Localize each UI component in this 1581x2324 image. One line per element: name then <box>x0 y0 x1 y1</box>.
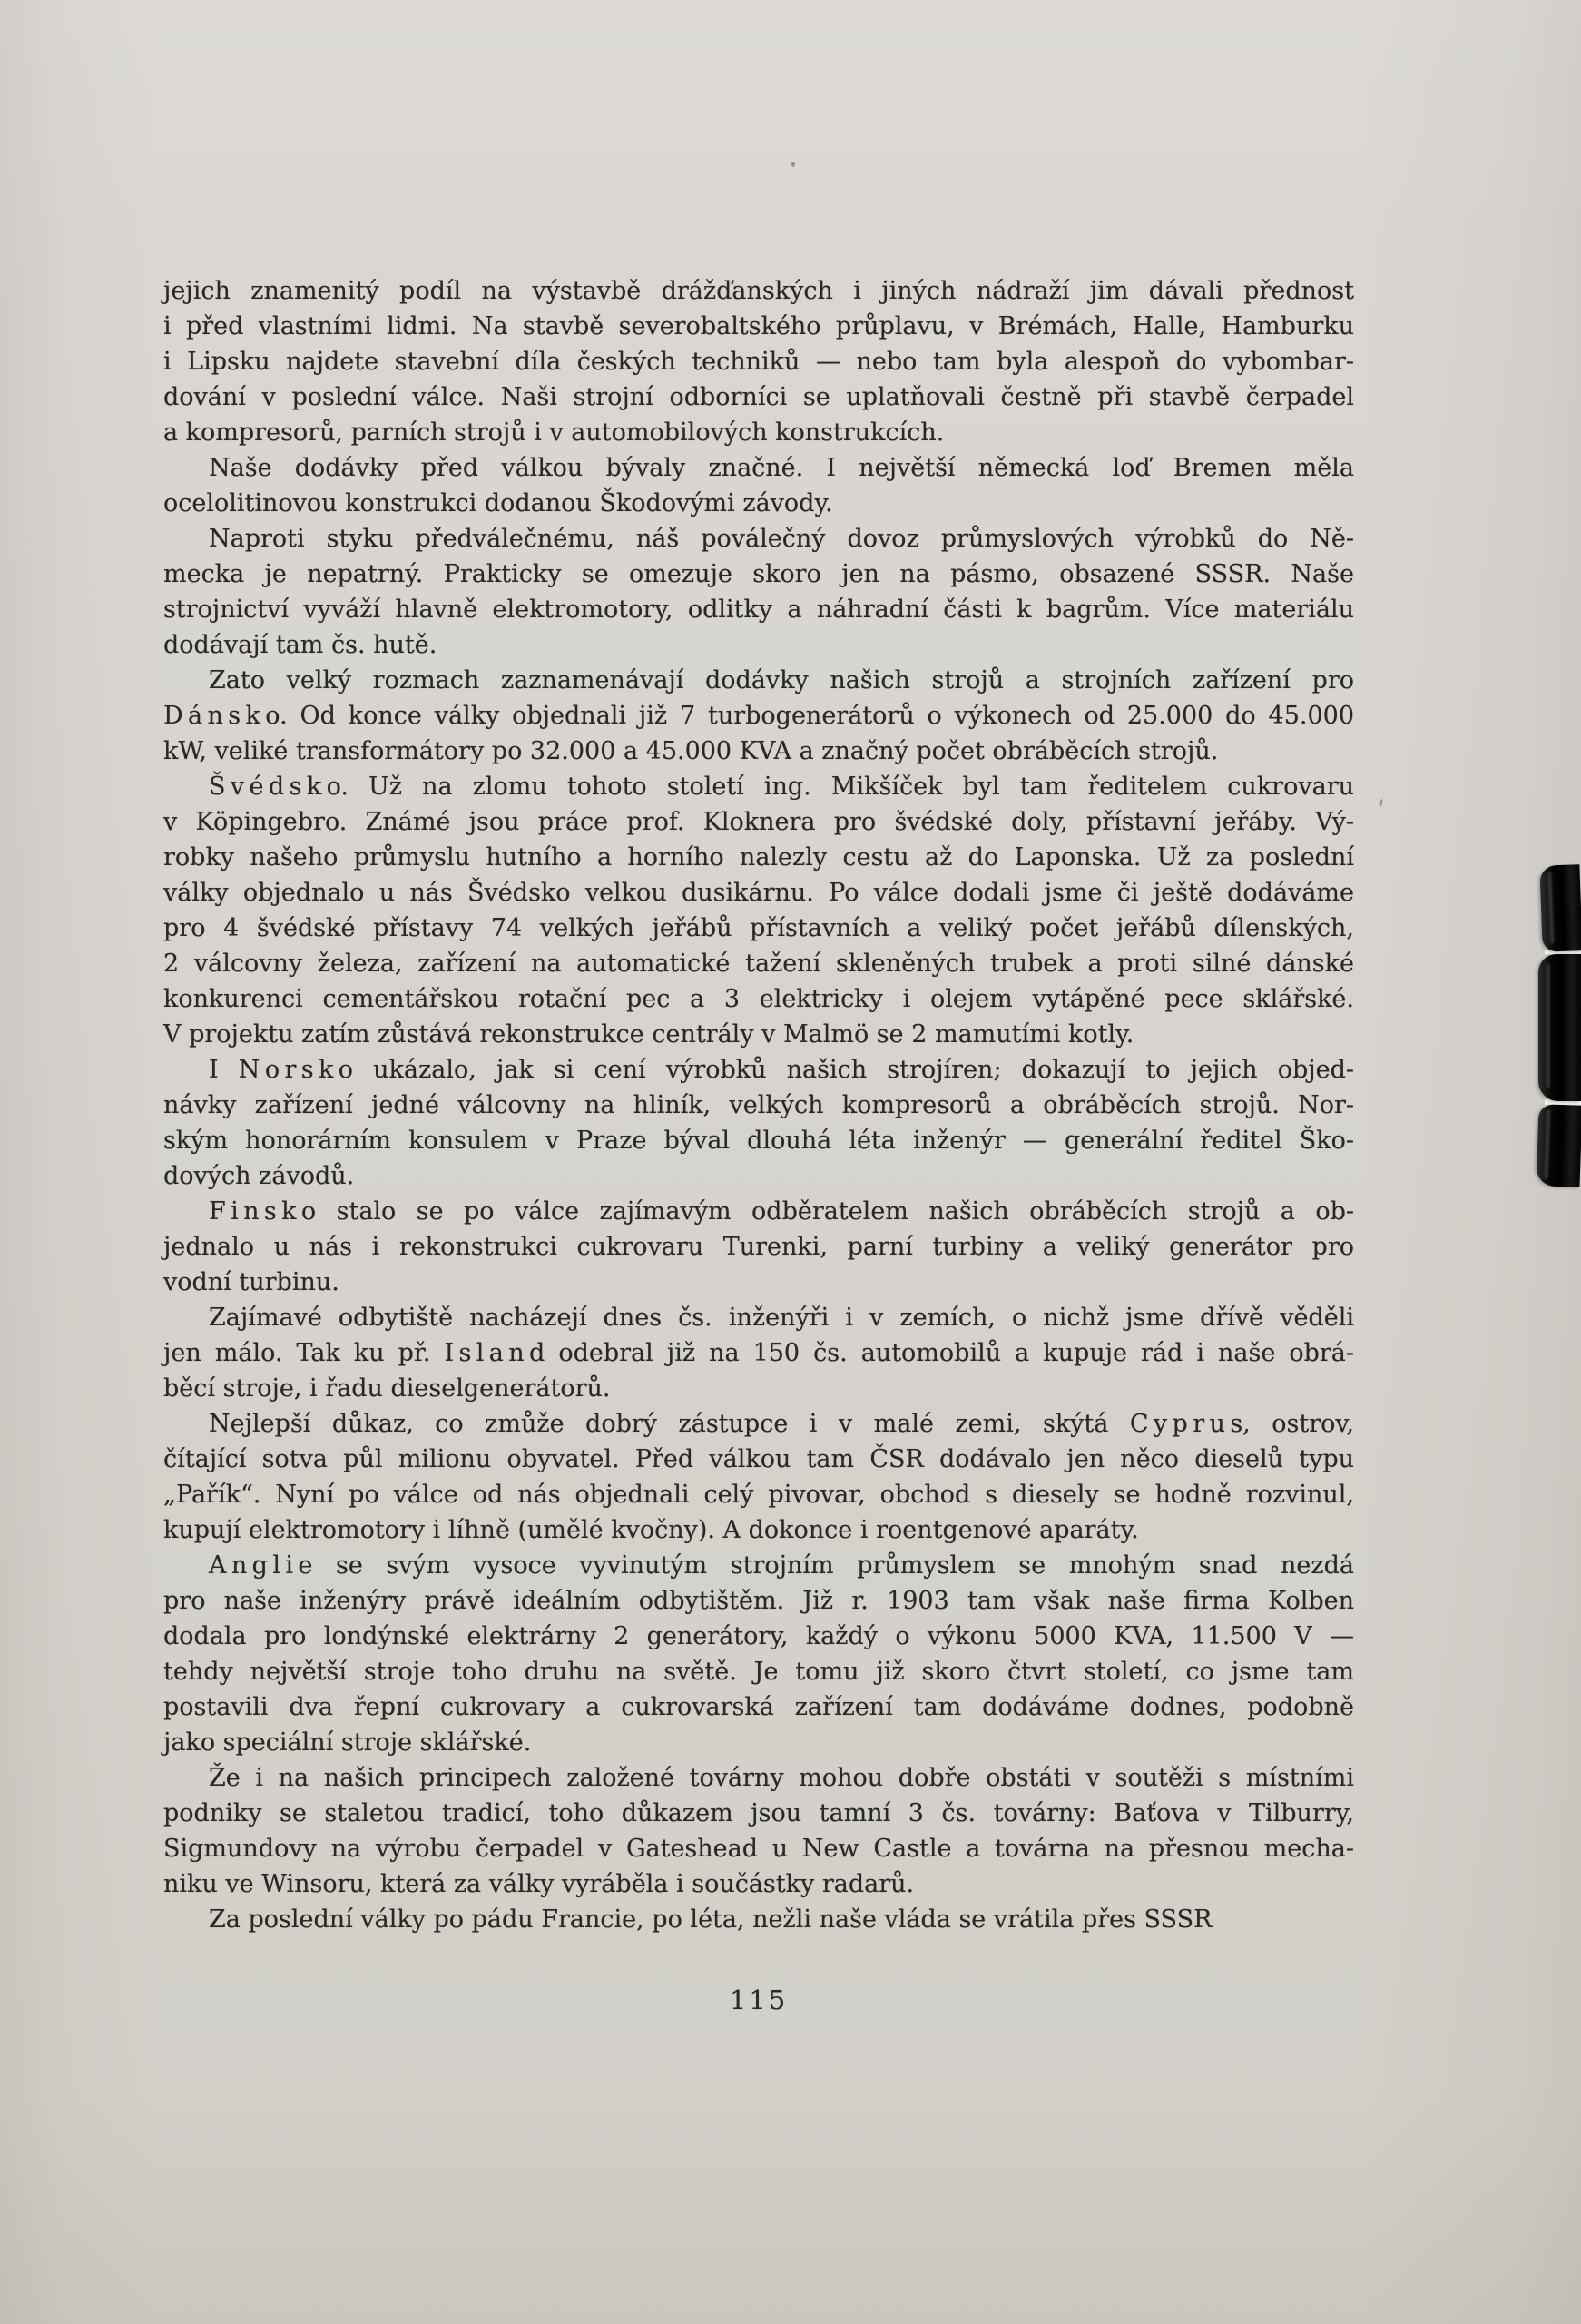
text-line: robky našeho průmyslu hutního a horního … <box>163 840 1354 875</box>
paragraph: Naproti styku předválečnému, náš pováleč… <box>163 521 1354 663</box>
book-page: jejich znamenitý podíl na výstavbě drážď… <box>0 0 1581 2324</box>
text-line: F i n s k o stalo se po válce zajímavým … <box>163 1194 1354 1229</box>
paragraph: Naše dodávky před válkou bývaly značné. … <box>163 450 1354 521</box>
text-line: návky zařízení jedné válcovny na hliník,… <box>163 1088 1354 1123</box>
paragraph: Nejlepší důkaz, co zmůže dobrý zástupce … <box>163 1406 1354 1548</box>
text-line: dových závodů. <box>163 1158 1354 1194</box>
paragraph: Zajímavé odbytiště nacházejí dnes čs. in… <box>163 1300 1354 1406</box>
text-line: kW, veliké transformátory po 32.000 a 45… <box>163 734 1354 769</box>
text-line: Za poslední války po pádu Francie, po lé… <box>163 1902 1354 1937</box>
text-line: kupují elektromotory i líhně (umělé kvoč… <box>163 1512 1354 1548</box>
text-line: ocelolitinovou konstrukci dodanou Škodov… <box>163 486 1354 521</box>
text-line: jejich znamenitý podíl na výstavbě drážď… <box>163 273 1354 309</box>
paragraph: I N o r s k o ukázalo, jak si cení výrob… <box>163 1052 1354 1194</box>
text-line: Nejlepší důkaz, co zmůže dobrý zástupce … <box>163 1406 1354 1442</box>
text-line: ským honorárním konsulem v Praze býval d… <box>163 1123 1354 1158</box>
paragraph: Za poslední války po pádu Francie, po lé… <box>163 1902 1354 1937</box>
text-line: vodní turbinu. <box>163 1265 1354 1300</box>
text-line: niku ve Winsoru, která za války vyráběla… <box>163 1866 1354 1902</box>
paragraph: Zato velký rozmach zaznamenávají dodávky… <box>163 663 1354 769</box>
text-line: čítající sotva půl milionu obyvatel. Pře… <box>163 1442 1354 1477</box>
text-line: A n g l i e se svým vysoce vyvinutým str… <box>163 1548 1354 1583</box>
binding-clip <box>1538 954 1581 1101</box>
text-line: i Lipsku najdete stavební díla českých t… <box>163 344 1354 379</box>
text-line: války objednalo u nás Švédsko velkou dus… <box>163 875 1354 911</box>
text-line: dodávají tam čs. hutě. <box>163 627 1354 663</box>
paragraph: jejich znamenitý podíl na výstavbě drážď… <box>163 273 1354 450</box>
text-line: 2 válcovny železa, zařízení na automatic… <box>163 946 1354 981</box>
text-line: pro naše inženýry právě ideálním odbytiš… <box>163 1583 1354 1619</box>
paper-speck <box>791 162 795 167</box>
text-line: v Köpingebro. Známé jsou práce prof. Klo… <box>163 804 1354 840</box>
text-line: Zajímavé odbytiště nacházejí dnes čs. in… <box>163 1300 1354 1335</box>
text-line: konkurenci cementářskou rotační pec a 3 … <box>163 981 1354 1017</box>
text-line: jen málo. Tak ku př. I s l a n d odebral… <box>163 1335 1354 1371</box>
text-line: Š v é d s k o. Už na zlomu tohoto stolet… <box>163 769 1354 804</box>
paragraph: A n g l i e se svým vysoce vyvinutým str… <box>163 1548 1354 1760</box>
paper-speck <box>1379 799 1383 807</box>
paragraph: F i n s k o stalo se po válce zajímavým … <box>163 1194 1354 1300</box>
text-line: „Pařík“. Nyní po válce od nás objednali … <box>163 1477 1354 1512</box>
text-line: strojnictví vyváží hlavně elektromotory,… <box>163 592 1354 627</box>
binding-clip <box>1536 1104 1581 1187</box>
text-line: Že i na našich principech založené továr… <box>163 1760 1354 1796</box>
text-line: Naše dodávky před válkou bývaly značné. … <box>163 450 1354 486</box>
binding-clip <box>1539 864 1581 951</box>
paragraph: Š v é d s k o. Už na zlomu tohoto stolet… <box>163 769 1354 1052</box>
text-line: a kompresorů, parních strojů i v automob… <box>163 415 1354 450</box>
text-line: Naproti styku předválečnému, náš pováleč… <box>163 521 1354 556</box>
text-line: D á n s k o. Od konce války objednali ji… <box>163 698 1354 734</box>
text-line: Sigmundovy na výrobu čerpadel v Gateshea… <box>163 1831 1354 1866</box>
text-line: pro 4 švédské přístavy 74 velkých jeřábů… <box>163 911 1354 946</box>
text-line: dodala pro londýnské elektrárny 2 generá… <box>163 1619 1354 1654</box>
text-line: postavili dva řepní cukrovary a cukrovar… <box>163 1689 1354 1725</box>
paragraph: Že i na našich principech založené továr… <box>163 1760 1354 1902</box>
text-line: běcí stroje, i řadu dieselgenerátorů. <box>163 1371 1354 1406</box>
text-line: V projektu zatím zůstává rekonstrukce ce… <box>163 1017 1354 1052</box>
text-line: dování v poslední válce. Naši strojní od… <box>163 379 1354 415</box>
text-line: i před vlastními lidmi. Na stavbě severo… <box>163 309 1354 344</box>
text-line: Zato velký rozmach zaznamenávají dodávky… <box>163 663 1354 698</box>
page-text: jejich znamenitý podíl na výstavbě drážď… <box>163 273 1354 1937</box>
text-line: podniky se staletou tradicí, toho důkaze… <box>163 1796 1354 1831</box>
text-line: jako speciální stroje sklářské. <box>163 1725 1354 1760</box>
text-line: I N o r s k o ukázalo, jak si cení výrob… <box>163 1052 1354 1088</box>
text-line: tehdy největší stroje toho druhu na svět… <box>163 1654 1354 1689</box>
text-line: jednalo u nás i rekonstrukci cukrovaru T… <box>163 1229 1354 1265</box>
page-number: 115 <box>163 1984 1354 2015</box>
text-line: mecka je nepatrný. Prakticky se omezuje … <box>163 556 1354 592</box>
